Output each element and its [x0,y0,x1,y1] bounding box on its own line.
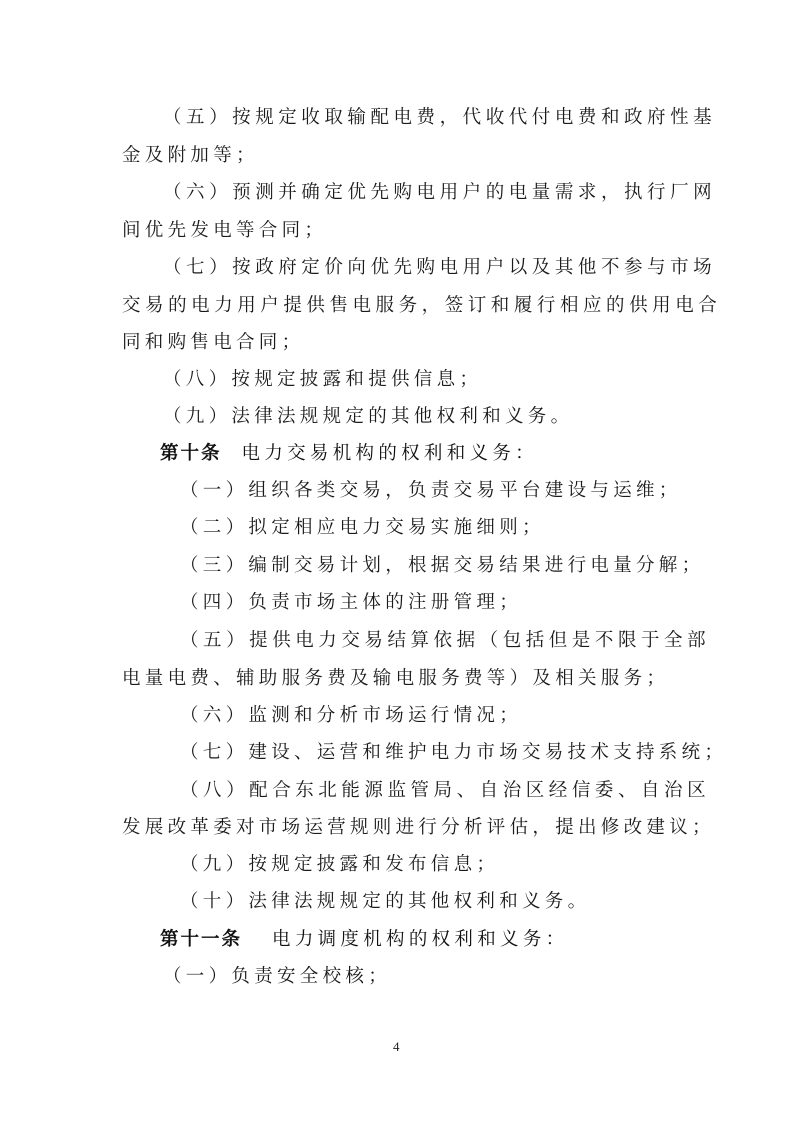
article-heading-10: 第十条电力交易机构的权利和义务： [160,442,538,466]
paragraph-line: 金及附加等； [122,144,259,168]
paragraph-line: 间优先发电等合同； [122,219,327,243]
article-label: 第十条 [160,443,222,464]
paragraph-line: （九）法律法规规定的其他权利和义务。 [163,405,573,429]
paragraph-line: （八）按规定披露和提供信息； [163,368,482,392]
list-item: （三）编制交易计划，根据交易结果进行电量分解； [180,554,704,578]
paragraph-line: （八）配合东北能源监管局、自治区经信委、自治区 [180,779,710,803]
article-title: 电力交易机构的权利和义务： [242,443,538,464]
list-item: （一）负责安全校核； [163,965,391,989]
paragraph-line: 发展改革委对市场运营规则进行分析评估，提出修改建议； [122,816,715,840]
article-label: 第十一条 [160,929,242,950]
article-heading-11: 第十一条电力调度机构的权利和义务： [160,928,568,952]
paragraph-line: 交易的电力用户提供售电服务，签订和履行相应的供用电合 [122,294,721,318]
list-item: （十）法律法规规定的其他权利和义务。 [180,890,590,914]
list-item: （四）负责市场主体的注册管理； [180,591,522,615]
page-number: 4 [393,1039,400,1055]
list-item: （七）建设、运营和维护电力市场交易技术支持系统； [180,741,727,765]
paragraph-line: （七）按政府定价向优先购电用户以及其他不参与市场 [163,256,716,280]
paragraph-line: （五）按规定收取输配电费，代收代付电费和政府性基 [163,106,716,130]
list-item: （二）拟定相应电力交易实施细则； [180,516,545,540]
list-item: （一）组织各类交易，负责交易平台建设与运维； [180,479,682,503]
paragraph-line: 电量电费、辅助服务费及输电服务费等）及相关服务； [122,667,669,691]
paragraph-line: 同和购售电合同； [122,331,304,355]
paragraph-line: （六）预测并确定优先购电用户的电量需求，执行厂网 [163,181,716,205]
article-title: 电力调度机构的权利和义务： [272,929,568,950]
paragraph-line: （五）提供电力交易结算依据（包括但是不限于全部 [180,629,710,653]
list-item: （九）按规定披露和发布信息； [180,853,499,877]
document-page: （五）按规定收取输配电费，代收代付电费和政府性基 金及附加等； （六）预测并确定… [0,0,796,1123]
list-item: （六）监测和分析市场运行情况； [180,704,522,728]
